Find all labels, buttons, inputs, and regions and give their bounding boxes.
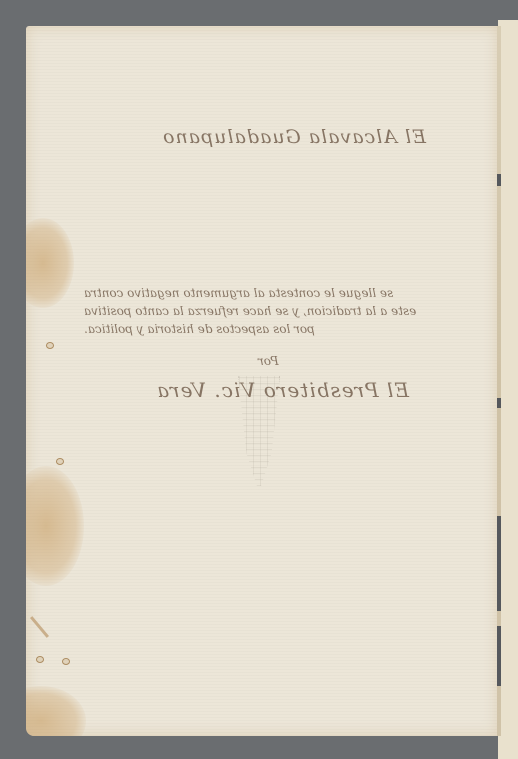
body-line: se llegue le contesta al argumento negat…	[84, 284, 498, 302]
mirrored-body: se llegue le contesta al argumento negat…	[84, 284, 498, 338]
gutter-tear	[497, 398, 501, 408]
mirrored-heading: El Alcavala Guadalupano	[166, 126, 426, 148]
manuscript-page: El Alcavala Guadalupano se llegue le con…	[26, 26, 498, 736]
gutter-tear	[497, 174, 501, 186]
ink-spot	[56, 458, 64, 465]
mirrored-signature: El Presbitero Vic. Vera	[154, 378, 409, 402]
body-line: por los aspectos de historia y politica.	[84, 320, 498, 338]
gutter-tear	[497, 516, 501, 611]
water-stain-upper	[26, 218, 74, 308]
mirrored-small-note: Por	[258, 354, 279, 368]
corner-stain	[26, 686, 86, 736]
watermark	[238, 376, 280, 486]
gutter-tear	[497, 626, 501, 686]
ink-spot	[46, 342, 54, 349]
binding-gutter	[497, 26, 501, 736]
pen-mark	[30, 616, 49, 638]
water-stain-lower	[26, 466, 84, 586]
adjacent-page-edge	[498, 20, 518, 759]
ink-spot	[62, 658, 70, 665]
ink-spot	[36, 656, 44, 663]
body-line: este a la tradicion, y se hace refuerza …	[84, 302, 498, 320]
